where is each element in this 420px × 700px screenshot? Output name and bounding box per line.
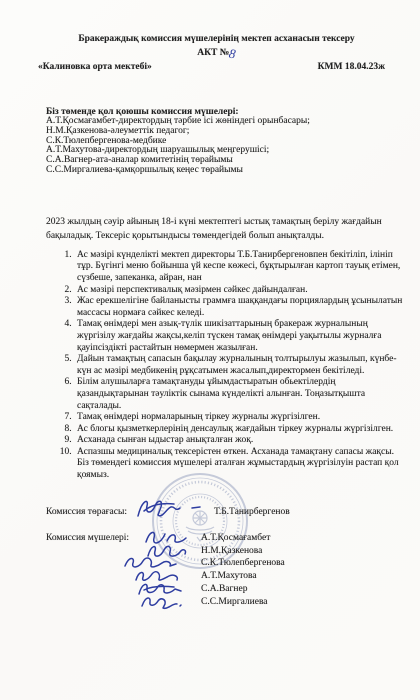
signature-section: Комиссия төрағасы: Т.Б.Танирбергенов Ком… xyxy=(46,505,405,609)
member-signature-row: С.С.Миргалиева xyxy=(46,596,405,609)
document-page: Бракераждық комиссия мүшелерінің мектеп … xyxy=(0,0,420,700)
act-number-line: АКТ №8 xyxy=(46,45,405,59)
member-signature-row: С.К.Тюлепбергенова xyxy=(46,557,405,570)
document-title: Бракераждық комиссия мүшелерінің мектеп … xyxy=(46,33,405,45)
finding-item: Ас мәзірі перспективалық мәзірмен сәйкес… xyxy=(74,285,405,297)
member-signature-row: А.Т.Махутова xyxy=(46,570,405,583)
signature-name: С.К.Тюлепбергенова xyxy=(201,557,285,570)
act-number-handwritten: 8 xyxy=(228,48,236,61)
finding-item: Тамақ өнімдері нормаларының тіркеу журна… xyxy=(74,412,405,424)
member-signature-row: С.А.Вагнер xyxy=(46,583,405,596)
member-signature-row: Н.М.Қазкенова xyxy=(46,545,405,558)
signature-name: С.С.Миргалиева xyxy=(201,596,268,609)
member-signature-icon xyxy=(138,591,188,613)
member-line: С.С.Миргалиева-қамқоршылық кеңес төрайым… xyxy=(46,166,405,176)
finding-item: Білім алушыларға тамақтануды ұйымдастыра… xyxy=(74,377,405,412)
intro-paragraph: 2023 жылдың сәуір айының 18-і күні мекте… xyxy=(46,215,405,243)
members-signature-block: Комиссия мүшелері: А.Т.Қосмағамбет Н.М.Қ… xyxy=(46,532,405,609)
finding-item: Жас ерекшелігіне байланысты граммға шаққ… xyxy=(74,296,405,319)
signature-name: Н.М.Қазкенова xyxy=(201,545,262,558)
finding-item: Ас блогы қызметкерлерінің денсаулық жағд… xyxy=(74,424,405,436)
signature-name: С.А.Вагнер xyxy=(201,583,247,596)
school-name: «Калиновка орта мектебі» xyxy=(38,61,152,73)
org-date: КММ 18.04.23ж xyxy=(318,61,385,73)
findings-list: Ас мәзірі күнделікті мектеп директоры Т.… xyxy=(46,250,405,482)
chairman-signature-row: Комиссия төрағасы: Т.Б.Танирбергенов xyxy=(46,505,405,519)
finding-item: Асханада сынған ыдыстар анықталған жоқ. xyxy=(74,435,405,447)
document-content: Бракераждық комиссия мүшелерінің мектеп … xyxy=(0,0,420,609)
finding-item: Аспазшы медициналық тексерістен өткен. А… xyxy=(74,447,405,482)
finding-item: Ас мәзірі күнделікті мектеп директоры Т.… xyxy=(74,250,405,285)
signature-name: А.Т.Қосмағамбет xyxy=(201,532,270,545)
header-row: «Калиновка орта мектебі» КММ 18.04.23ж xyxy=(38,61,405,73)
member-signature-row: А.Т.Қосмағамбет xyxy=(46,532,405,545)
finding-item: Дайын тамақтың сапасын бақылау журналыны… xyxy=(74,354,405,377)
chairman-signature-icon xyxy=(134,495,212,523)
chairman-name: Т.Б.Танирбергенов xyxy=(214,505,290,519)
finding-item: Тамақ өнімдері мен азық-түлік шикізаттар… xyxy=(74,319,405,354)
chairman-label: Комиссия төрағасы: xyxy=(46,507,127,517)
signature-name: А.Т.Махутова xyxy=(201,570,257,583)
act-label: АКТ № xyxy=(197,48,229,58)
